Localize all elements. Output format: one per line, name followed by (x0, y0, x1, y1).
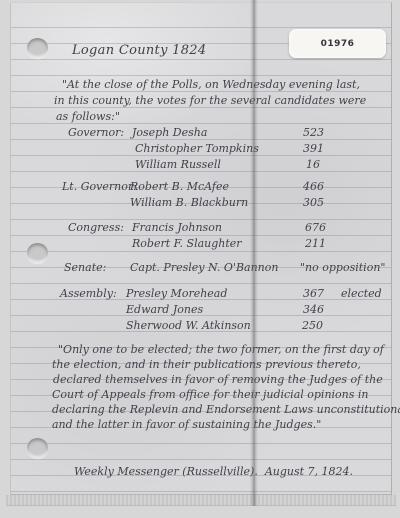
vote-count: 676 (305, 221, 326, 235)
page-title: Logan County 1824 (72, 44, 206, 58)
commentary-line: "Only one to be elected; the two former,… (58, 343, 384, 357)
office-label: Lt. Governor: (62, 180, 137, 194)
intro-line: as follows:" (56, 110, 120, 124)
result-note: "no opposition" (300, 261, 385, 275)
fold-crease (250, 0, 258, 506)
vote-count: 367 (303, 287, 324, 301)
candidate-name: Joseph Desha (132, 126, 207, 140)
vote-count: 211 (305, 237, 326, 251)
archive-number-sticker: 01976 (289, 29, 386, 58)
scanned-document: { "page": { "archive_label": "01976", "t… (0, 0, 400, 518)
candidate-name: Presley Morehead (126, 287, 227, 301)
vote-count: 391 (303, 142, 324, 156)
office-label: Senate: (64, 261, 106, 275)
candidate-name: William B. Blackburn (130, 196, 248, 210)
candidate-name: William Russell (135, 158, 221, 172)
vote-count: 466 (303, 180, 324, 194)
vote-count: 523 (303, 126, 324, 140)
commentary-line: Court of Appeals from office for their j… (52, 388, 369, 402)
commentary-line: declaring the Replevin and Endorsement L… (52, 403, 400, 417)
candidate-name: Sherwood W. Atkinson (126, 319, 251, 333)
office-label: Governor: (68, 126, 124, 140)
candidate-name: Robert F. Slaughter (132, 237, 242, 251)
candidate-name: Robert B. McAfee (130, 180, 229, 194)
commentary-line: and the latter in favor of sustaining th… (52, 418, 321, 432)
office-label: Congress: (68, 221, 124, 235)
vote-count: 16 (306, 158, 320, 172)
commentary-line: declared themselves in favor of removing… (53, 373, 383, 387)
vote-count: 250 (302, 319, 323, 333)
source-citation: Weekly Messenger (Russellville). August … (74, 465, 353, 479)
archive-number: 01976 (321, 39, 355, 49)
intro-line: "At the close of the Polls, on Wednesday… (62, 78, 360, 92)
candidate-name: Edward Jones (126, 303, 203, 317)
office-label: Assembly: (60, 287, 117, 301)
handwritten-content: Logan County 1824 "At the close of the P… (0, 0, 400, 518)
commentary-line: the election, and in their publications … (52, 358, 361, 372)
candidate-name: Christopher Tompkins (135, 142, 259, 156)
candidate-name: Francis Johnson (132, 221, 222, 235)
intro-line: in this county, the votes for the severa… (54, 94, 366, 108)
vote-count: 305 (303, 196, 324, 210)
vote-count: 346 (303, 303, 324, 317)
result-note: elected (341, 287, 382, 301)
